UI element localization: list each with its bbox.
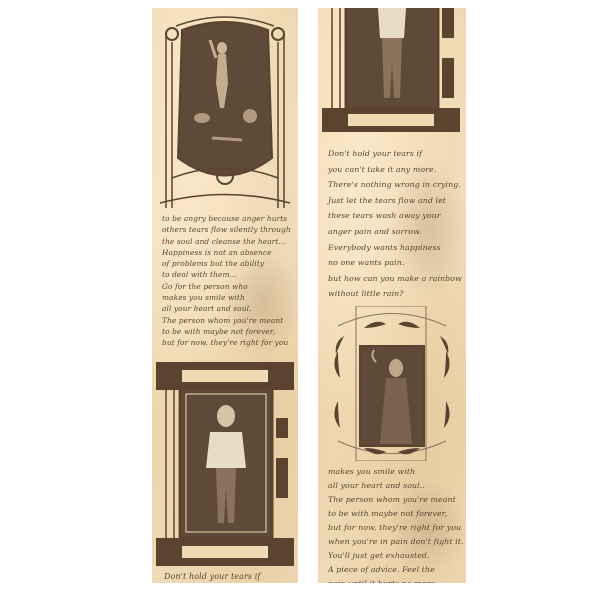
bookmark-left: to be angry because anger hurts others t… bbox=[152, 8, 298, 583]
bookmark-right: Don't hold your tears if you can't take … bbox=[318, 8, 466, 583]
art-nouveau-arch-frame bbox=[152, 8, 298, 208]
ornate-rectangular-frame bbox=[152, 358, 298, 573]
art-nouveau-leaf-frame bbox=[318, 306, 466, 461]
poem-text-continued: makes you smile with all your heart and … bbox=[328, 465, 464, 583]
ornate-rectangular-frame-top bbox=[318, 8, 466, 138]
poem-text: Don't hold your tears if you can't take … bbox=[328, 146, 462, 302]
poem-text: to be angry because anger hurts others t… bbox=[162, 213, 291, 349]
footer-text: Don't hold your tears if bbox=[164, 571, 261, 582]
